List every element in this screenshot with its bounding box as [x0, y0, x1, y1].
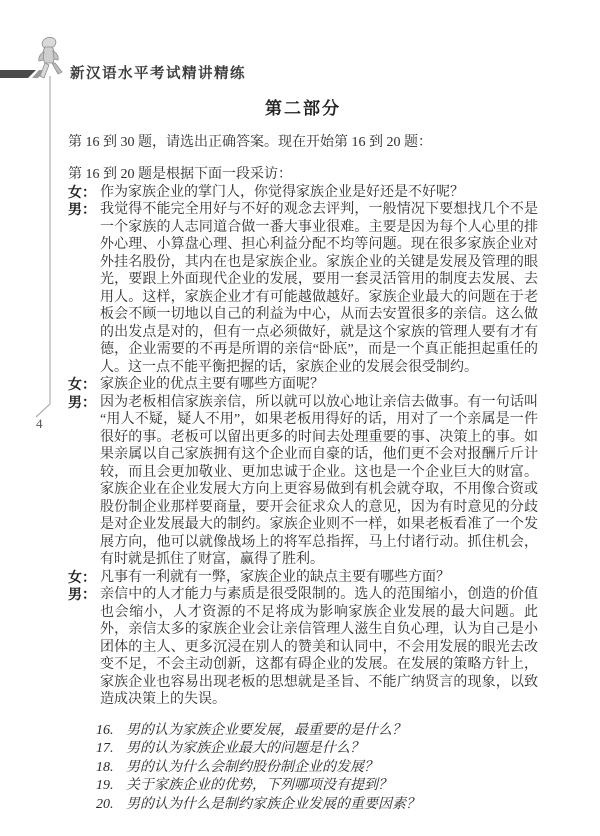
question-text: 男的认为家族企业最大的问题是什么？ — [126, 740, 538, 759]
dialogue-text: 亲信中的人才能力与素质是很受限制的。选人的范围缩小，创造的价值也会缩小，人才资源… — [100, 587, 538, 707]
question-text: 男的认为什么会制约股份制企业的发展？ — [126, 759, 538, 778]
question-number: 20. — [96, 796, 126, 815]
speaker-label: 男： — [68, 394, 96, 412]
dialogue-text: 家族企业的优点主要有哪些方面呢？ — [100, 377, 324, 392]
margin-rule-line — [0, 70, 60, 425]
speaker-label: 女： — [68, 184, 96, 202]
section-title: 第二部分 — [68, 100, 538, 118]
dialogue-turn: 男：亲信中的人才能力与素质是很受限制的。选人的范围缩小，创造的价值也会缩小，人才… — [68, 586, 538, 709]
question-text: 男的认为什么是制约家族企业发展的重要因素？ — [126, 796, 538, 815]
question-number: 16. — [96, 722, 126, 741]
dialogue-turn: 女：家族企业的优点主要有哪些方面呢？ — [68, 376, 538, 394]
dialogue-turn: 女：作为家族企业的掌门人，你觉得家族企业是好还是不好呢？ — [68, 184, 538, 202]
main-content: 第二部分 第 16 到 30 题，请选出正确答案。现在开始第 16 到 20 题… — [68, 100, 538, 814]
question-number: 18. — [96, 759, 126, 778]
instruction-line: 第 16 到 30 题，请选出正确答案。现在开始第 16 到 20 题： — [68, 134, 538, 152]
question-number: 17. — [96, 740, 126, 759]
question-item: 20.男的认为什么是制约家族企业发展的重要因素？ — [96, 796, 538, 815]
passage-intro-line: 第 16 到 20 题是根据下面一段采访： — [68, 166, 538, 184]
dialogue-turn: 女：凡事有一利就有一弊，家族企业的缺点主要有哪些方面？ — [68, 569, 538, 587]
interview-dialogue: 女：作为家族企业的掌门人，你觉得家族企业是好还是不好呢？ 男：我觉得不能完全用好… — [68, 184, 538, 709]
dialogue-text: 凡事有一利就有一弊，家族企业的缺点主要有哪些方面？ — [100, 570, 450, 585]
dialogue-text: 作为家族企业的掌门人，你觉得家族企业是好还是不好呢？ — [100, 185, 464, 200]
dialogue-text: 我觉得不能完全用好与不好的观念去评判，一般情况下要想找几个不是一个家族的人志同道… — [100, 202, 538, 375]
dialogue-turn: 男：我觉得不能完全用好与不好的观念去评判，一般情况下要想找几个不是一个家族的人志… — [68, 201, 538, 376]
question-text: 关于家族企业的优势，下列哪项没有提到？ — [126, 777, 538, 796]
question-item: 17.男的认为家族企业最大的问题是什么？ — [96, 740, 538, 759]
question-item: 19.关于家族企业的优势，下列哪项没有提到？ — [96, 777, 538, 796]
book-page: 新汉语水平考试精讲精练 4 第二部分 第 16 到 30 题，请选出正确答案。现… — [0, 0, 600, 836]
speaker-label: 男： — [68, 201, 96, 219]
question-text: 男的认为家族企业要发展，最重要的是什么？ — [126, 722, 538, 741]
speaker-label: 女： — [68, 376, 96, 394]
question-list: 16.男的认为家族企业要发展，最重要的是什么？ 17.男的认为家族企业最大的问题… — [68, 722, 538, 815]
dialogue-turn: 男：因为老板相信家族亲信，所以就可以放心地让亲信去做事。有一句话叫“用人不疑，疑… — [68, 394, 538, 569]
speaker-label: 女： — [68, 569, 96, 587]
page-number: 4 — [36, 416, 43, 432]
dialogue-text: 因为老板相信家族亲信，所以就可以放心地让亲信去做事。有一句话叫“用人不疑，疑人不… — [100, 395, 538, 568]
question-item: 16.男的认为家族企业要发展，最重要的是什么？ — [96, 722, 538, 741]
question-number: 19. — [96, 777, 126, 796]
speaker-label: 男： — [68, 586, 96, 604]
book-title: 新汉语水平考试精讲精练 — [70, 62, 246, 83]
question-item: 18.男的认为什么会制约股份制企业的发展？ — [96, 759, 538, 778]
